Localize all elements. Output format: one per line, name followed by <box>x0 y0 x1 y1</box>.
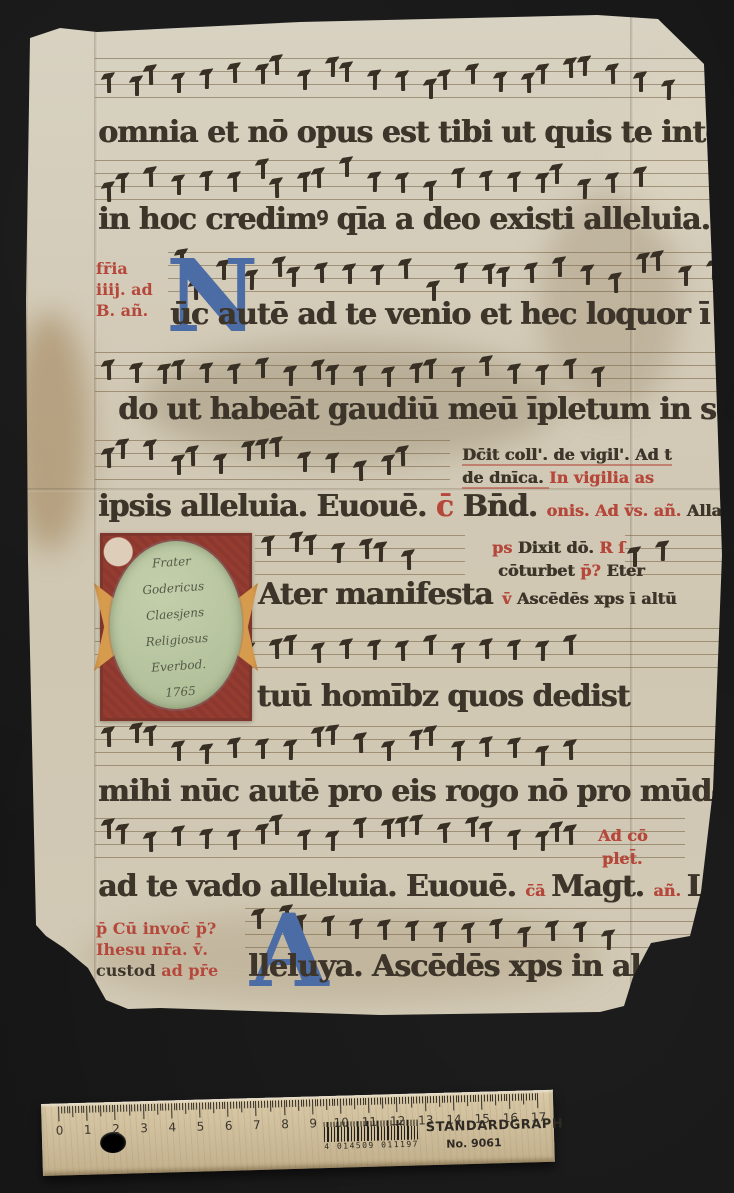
neume-mark <box>289 638 293 655</box>
ruler-tick <box>357 1098 358 1105</box>
neume-mark <box>583 182 587 199</box>
neume-mark <box>639 170 643 187</box>
chant-text-segment: lleluya. Ascēdēs xps in al <box>248 949 640 984</box>
neume-mark <box>583 59 587 76</box>
staff-line <box>95 58 725 59</box>
ruler-hole <box>100 1132 127 1154</box>
neume-mark <box>439 925 443 942</box>
ruler-tick <box>348 1098 349 1105</box>
neume-mark <box>558 260 562 277</box>
neume-mark <box>415 818 419 835</box>
neume-mark <box>457 171 461 188</box>
staff-line <box>95 765 725 766</box>
staff-line <box>255 574 465 575</box>
neume-mark <box>233 175 237 192</box>
ruler-tick <box>92 1106 93 1113</box>
ruler-tick <box>295 1100 296 1107</box>
stain <box>10 312 90 552</box>
ruler-tick <box>312 1099 313 1114</box>
chant-text-segment: R ſ <box>599 538 625 557</box>
rubric-marginalia: p̄ Cū invoc̄ p̄?Ihesu nr̄a. v̄.custod ad… <box>96 918 218 981</box>
ruler-tick <box>464 1095 465 1102</box>
ruler-tick <box>343 1099 344 1106</box>
ruler-tick <box>100 1105 101 1116</box>
neume-mark <box>551 924 555 941</box>
ruler-tick <box>396 1097 397 1112</box>
staff-line <box>255 535 465 536</box>
ruler-tick <box>413 1097 414 1104</box>
neume-mark <box>429 82 433 99</box>
neume-mark <box>457 744 461 761</box>
ruler-tick <box>320 1099 321 1106</box>
rubric-text: custod <box>96 961 161 980</box>
neume-mark <box>331 368 335 385</box>
staff-line <box>625 535 725 536</box>
ruler-tick <box>165 1104 166 1111</box>
chant-text-segment: Alla. u <box>687 501 734 520</box>
neume-mark <box>275 642 279 659</box>
neume-mark <box>359 736 363 753</box>
rubric-text: fr̄ia <box>96 258 153 279</box>
ruler-tick <box>326 1099 327 1110</box>
chant-text-segment: cōturbet <box>498 561 580 580</box>
neume-mark <box>303 455 307 472</box>
staff-line <box>95 173 725 174</box>
ruler-tick <box>484 1095 485 1102</box>
ruler-tick <box>179 1103 180 1110</box>
ruler-tick <box>114 1105 115 1120</box>
neume-mark <box>541 749 545 766</box>
neume-mark <box>261 827 265 844</box>
neume-mark <box>485 825 489 842</box>
rubric-text: ad pr̄e <box>161 961 218 980</box>
ruler-model: No. 9061 <box>446 1136 502 1151</box>
ruler-tick <box>176 1103 177 1110</box>
barcode-digits: 4 014509 011197 <box>324 1139 418 1151</box>
chant-text-segment: Dc̄it coll'. de vigil'. Ad t <box>462 445 672 466</box>
chant-text-segment: plet̄. <box>602 849 642 868</box>
neume-mark <box>205 72 209 89</box>
neume-mark <box>471 67 475 84</box>
ruler-tick <box>106 1105 107 1112</box>
ruler-tick <box>267 1101 268 1108</box>
neume-mark <box>376 268 380 285</box>
neume-mark <box>331 456 335 473</box>
staff-line <box>95 466 450 467</box>
ruler-tick <box>253 1101 254 1108</box>
neume-mark <box>107 451 111 468</box>
ruler-tick <box>86 1106 87 1121</box>
neume-mark <box>233 367 237 384</box>
ruler-tick <box>103 1105 104 1112</box>
ruler-tick <box>61 1106 62 1113</box>
ruler-cm-label: 5 <box>196 1119 204 1133</box>
neume-mark <box>387 744 391 761</box>
neume-mark <box>121 442 125 459</box>
ruler-tick <box>196 1103 197 1110</box>
neume-mark <box>177 744 181 761</box>
ruler-tick <box>210 1102 211 1109</box>
ruler-tick <box>475 1095 476 1102</box>
chant-text-segment: Ascēdēs xps ī altū <box>517 589 677 608</box>
ruler-tick <box>286 1100 287 1107</box>
neume-mark <box>555 825 559 842</box>
ruler-tick <box>503 1094 504 1101</box>
neume-mark <box>443 73 447 90</box>
chant-text-segment: Magt. <box>551 869 653 904</box>
staff-line <box>95 84 725 85</box>
chant-text-segment: Levi <box>686 869 734 904</box>
neume-mark <box>502 270 506 287</box>
ruler-tick <box>447 1096 448 1103</box>
neume-mark <box>107 76 111 93</box>
staff-line <box>95 479 450 480</box>
neume-mark <box>205 366 209 383</box>
neume-mark <box>415 733 419 750</box>
staff-line <box>95 160 725 161</box>
staff-line <box>95 71 725 72</box>
ruler-tick <box>515 1094 516 1101</box>
chant-text-segment: mihi nūc autē pro eis rogo nō pro mūdo q… <box>98 774 734 809</box>
ruler-tick <box>461 1095 462 1102</box>
ruler-tick <box>69 1106 70 1113</box>
neume-mark <box>513 175 517 192</box>
neume-mark <box>303 833 307 850</box>
ruler-tick <box>439 1096 440 1107</box>
ruler-cm-label: 1 <box>84 1123 92 1137</box>
neume-mark <box>121 176 125 193</box>
ruler-tick <box>467 1095 468 1106</box>
ruler: 01234567891011121314151617 4 014509 0111… <box>41 1090 555 1176</box>
neume-mark <box>684 269 688 286</box>
rubric-text: Ihesu nr̄a. v̄. <box>96 939 218 960</box>
ruler-tick <box>526 1093 527 1100</box>
neume-mark <box>513 833 517 850</box>
neume-mark <box>495 922 499 939</box>
neume-mark <box>443 826 447 843</box>
neume-mark <box>569 828 573 845</box>
staff-line <box>95 752 725 753</box>
neume-mark <box>471 820 475 837</box>
ruler-tick <box>216 1102 217 1109</box>
ruler-tick <box>58 1107 59 1122</box>
ruler-tick <box>213 1102 214 1113</box>
side-rubric-row: Dc̄it coll'. de vigil'. Ad t <box>462 445 672 464</box>
ruler-tick <box>120 1105 121 1112</box>
manuscript-leaf: omnia et nō opus est tibi ut quis te int… <box>20 12 726 1050</box>
ruler-tick <box>157 1104 158 1115</box>
ruler-tick <box>160 1104 161 1111</box>
ruler-tick <box>227 1102 228 1117</box>
ruler-tick <box>224 1102 225 1109</box>
neume-mark <box>295 535 299 552</box>
neume-mark <box>457 370 461 387</box>
neume-mark <box>191 449 195 466</box>
ruler-tick <box>456 1095 457 1102</box>
neume-mark <box>541 176 545 193</box>
chant-text-segment: Dixit dō. <box>518 538 600 557</box>
ruler-tick <box>247 1101 248 1108</box>
neume-mark <box>541 67 545 84</box>
ruler-tick <box>534 1093 535 1100</box>
neume-mark <box>261 361 265 378</box>
ruler-tick <box>81 1106 82 1113</box>
ruler-tick <box>537 1093 538 1108</box>
ruler-tick <box>436 1096 437 1103</box>
ruler-tick <box>368 1098 369 1113</box>
ruler-tick <box>363 1098 364 1105</box>
ruler-tick <box>174 1103 175 1110</box>
ruler-tick <box>151 1104 152 1111</box>
ruler-tick <box>148 1104 149 1111</box>
ruler-tick <box>382 1097 383 1108</box>
neume-mark <box>373 73 377 90</box>
neume-mark <box>348 267 352 284</box>
chant-text-segment: in hoc credimꝰ qīa a deo existi alleluia… <box>98 202 734 237</box>
ruler-cm-label: 9 <box>309 1116 317 1130</box>
neume-mark <box>513 741 517 758</box>
barcode-bars <box>324 1120 419 1143</box>
ruler-tick <box>193 1103 194 1110</box>
chant-text-segment: onis. Ad v̄s. añ. <box>546 501 686 520</box>
ruler-tick <box>137 1104 138 1111</box>
neume-mark <box>513 643 517 660</box>
neume-mark <box>586 268 590 285</box>
ruler-tick <box>250 1101 251 1108</box>
neume-mark <box>541 644 545 661</box>
neume-mark <box>107 185 111 202</box>
ruler-tick <box>134 1104 135 1111</box>
neume-mark <box>317 646 321 663</box>
neume-mark <box>331 834 335 851</box>
staff-line <box>95 352 725 353</box>
ruler-cm-label: 3 <box>140 1121 148 1135</box>
ruler-tick <box>520 1094 521 1101</box>
ruler-tick <box>354 1098 355 1109</box>
chant-text-segment: Bn̄d. <box>462 489 546 524</box>
ruler-tick <box>450 1096 451 1103</box>
ruler-tick <box>529 1093 530 1100</box>
ruler-tick <box>168 1103 169 1110</box>
ruler-cm-label: 6 <box>225 1119 233 1133</box>
chant-text-line: do ut habeāt gaudiū meū īpletum in sem <box>118 395 734 425</box>
ruler-tick <box>126 1105 127 1112</box>
staff-line <box>95 186 725 187</box>
staff-line <box>95 857 685 858</box>
ruler-tick <box>315 1099 316 1106</box>
neume-mark <box>712 263 716 280</box>
neume-mark <box>275 818 279 835</box>
ruler-tick <box>298 1100 299 1111</box>
neume-mark <box>219 457 223 474</box>
ruler-tick <box>506 1094 507 1101</box>
ruler-tick <box>154 1104 155 1111</box>
neume-mark <box>569 362 573 379</box>
chant-text-segment: de dnīca. <box>462 468 549 489</box>
ownership-medallion: FraterGodericusClaesjensReligiosusEverbo… <box>100 533 252 721</box>
neume-mark <box>205 174 209 191</box>
ruler-tick <box>239 1101 240 1108</box>
staff-line <box>95 378 725 379</box>
chant-text-line: ipsis alleluia. Euouē. c̄ Bn̄d. onis. Ad… <box>98 492 734 522</box>
ruler-tick <box>300 1100 301 1107</box>
ruler-tick <box>391 1097 392 1104</box>
neume-mark <box>289 369 293 386</box>
ruler-tick <box>64 1106 65 1113</box>
neume-mark <box>569 61 573 78</box>
ruler-tick <box>512 1094 513 1101</box>
neume-mark <box>317 730 321 747</box>
neume-mark <box>429 362 433 379</box>
neume-mark <box>275 440 279 457</box>
ruler-tick <box>261 1101 262 1108</box>
ruler-tick <box>219 1102 220 1109</box>
staff-line <box>95 199 725 200</box>
ruler-tick <box>489 1094 490 1101</box>
neume-mark <box>404 262 408 279</box>
neume-mark <box>107 363 111 380</box>
neume-mark <box>359 464 363 481</box>
ruler-tick <box>405 1097 406 1104</box>
neume-mark <box>513 367 517 384</box>
chant-text-segment: ps <box>492 538 518 557</box>
neume-mark <box>177 363 181 380</box>
neume-mark <box>267 539 271 556</box>
ruler-tick <box>272 1101 273 1108</box>
ruler-tick <box>458 1095 459 1102</box>
neume-mark <box>485 174 489 191</box>
neume-mark <box>320 266 324 283</box>
ruler-tick <box>334 1099 335 1106</box>
chant-text-segment: p̄? <box>580 561 606 580</box>
ruler-tick <box>422 1096 423 1103</box>
ruler-tick <box>427 1096 428 1103</box>
neume-mark <box>107 822 111 839</box>
ruler-tick <box>208 1102 209 1109</box>
ruler-tick <box>472 1095 473 1102</box>
chant-text-segment: ūc autē ad te venio et hec loquor ī <box>170 297 709 332</box>
ruler-tick <box>205 1102 206 1109</box>
ruler-tick <box>98 1105 99 1112</box>
ruler-cm-label: 7 <box>253 1118 261 1132</box>
ruler-tick <box>385 1097 386 1104</box>
neume-mark <box>317 171 321 188</box>
side-rubric-row: cōturbet p̄? Eter <box>498 561 645 580</box>
ruler-tick <box>492 1094 493 1101</box>
staff-line <box>95 844 685 845</box>
ruler-tick <box>233 1102 234 1109</box>
ruler-tick <box>171 1103 172 1118</box>
neume-mark <box>261 742 265 759</box>
neume-mark <box>541 368 545 385</box>
neume-mark <box>429 638 433 655</box>
ruler-tick <box>532 1093 533 1100</box>
rubric-text: B. añ. <box>96 300 153 321</box>
rubric-text: iiij. ad <box>96 279 153 300</box>
neume-mark <box>233 66 237 83</box>
ruler-tick <box>498 1094 499 1101</box>
ruler-tick <box>360 1098 361 1105</box>
neume-mark <box>485 642 489 659</box>
ruler-tick <box>453 1095 454 1110</box>
rubric-marginalia: fr̄iaiiij. adB. añ. <box>96 258 153 321</box>
neume-mark <box>177 178 181 195</box>
neume-mark <box>135 726 139 743</box>
neume-mark <box>527 76 531 93</box>
neume-mark <box>365 542 369 559</box>
neume-mark <box>278 260 282 277</box>
neume-mark <box>149 729 153 746</box>
ruler-tick <box>399 1097 400 1104</box>
ruler-tick <box>162 1104 163 1111</box>
neume-mark <box>467 926 471 943</box>
ruler-tick <box>379 1098 380 1105</box>
ruler-tick <box>329 1099 330 1106</box>
neume-mark <box>499 75 503 92</box>
chant-text-segment: Ad cō <box>598 826 648 845</box>
neume-mark <box>345 642 349 659</box>
neume-mark <box>611 176 615 193</box>
ruler-tick <box>109 1105 110 1112</box>
neume-mark <box>135 366 139 383</box>
ruler-tick <box>478 1095 479 1102</box>
ruler-tick <box>292 1100 293 1107</box>
chant-text-line: mihi nūc autē pro eis rogo nō pro mūdo q… <box>98 777 734 807</box>
side-rubric-row: de dnīca. In vigilia as <box>462 468 654 487</box>
ruler-tick <box>419 1096 420 1103</box>
neume-mark <box>429 729 433 746</box>
neume-mark <box>569 638 573 655</box>
chant-text-line: ad te vado alleluia. Euouē. c̄ā Magt. añ… <box>98 872 734 902</box>
neume-mark <box>387 822 391 839</box>
ruler-tick <box>351 1098 352 1105</box>
neume-mark <box>541 834 545 851</box>
neume-mark <box>337 546 341 563</box>
ruler-tick <box>337 1099 338 1106</box>
neume-mark <box>667 83 671 100</box>
ownership-inscription: FraterGodericusClaesjensReligiosusEverbo… <box>95 544 258 710</box>
chant-text-line: ūc autē ad te venio et hec loquor ī <box>170 300 709 330</box>
neume-mark <box>607 933 611 950</box>
ruler-tick <box>331 1099 332 1106</box>
neume-mark <box>373 175 377 192</box>
ruler-tick <box>306 1100 307 1107</box>
ruler-cm-label: 0 <box>56 1123 64 1137</box>
ruler-tick <box>264 1101 265 1108</box>
ruler-tick <box>371 1098 372 1105</box>
ruler-tick <box>425 1096 426 1111</box>
ruler-cm-label: 8 <box>281 1117 289 1131</box>
chant-text-line: omnia et nō opus est tibi ut quis te int… <box>98 118 734 148</box>
neume-mark <box>485 359 489 376</box>
neume-mark <box>485 740 489 757</box>
chant-text-segment: c̄ <box>436 489 463 524</box>
chant-text-segment: ipsis alleluia. Euouē. <box>98 489 436 524</box>
staff-line <box>95 739 725 740</box>
ruler-tick <box>78 1106 79 1113</box>
neume-mark <box>289 743 293 760</box>
staff-line <box>255 548 465 549</box>
neume-mark <box>292 270 296 287</box>
ruler-tick <box>145 1104 146 1111</box>
ruler-tick <box>230 1102 231 1109</box>
ruler-tick <box>303 1100 304 1107</box>
neume-mark <box>387 458 391 475</box>
ruler-tick <box>430 1096 431 1103</box>
chant-text-segment: do ut habeāt gaudiū meū īpletum in sem <box>118 392 734 427</box>
neume-mark <box>205 832 209 849</box>
ruler-tick <box>365 1098 366 1105</box>
